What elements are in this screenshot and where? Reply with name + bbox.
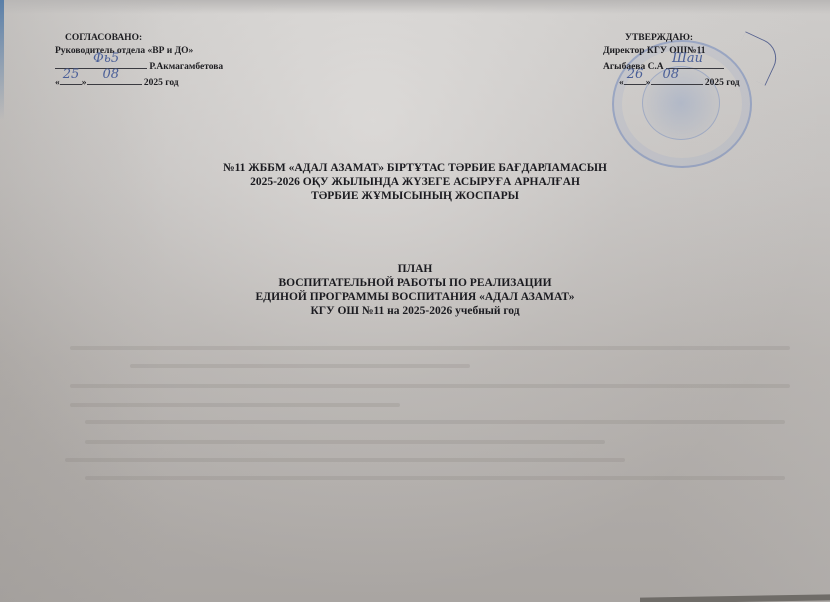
left-edge-strip [0, 0, 4, 120]
approval-right-heading: УТВЕРЖДАЮ: [603, 32, 740, 45]
approval-left-block: СОГЛАСОВАНО: Руководитель отдела «ВР и Д… [55, 32, 223, 90]
date-day-line: 25 [60, 74, 82, 85]
bleed-through-line [85, 420, 785, 424]
approval-left-year: 2025 год [144, 78, 179, 88]
approval-left-date-row: «25»08 2025 год [55, 74, 223, 90]
title-russian-line-1: ПЛАН [0, 262, 830, 276]
title-russian: ПЛАН ВОСПИТАТЕЛЬНОЙ РАБОТЫ ПО РЕАЛИЗАЦИИ… [0, 262, 830, 318]
date-month-line: 08 [87, 74, 142, 85]
title-russian-line-4: КГУ ОШ №11 на 2025-2026 учебный год [0, 304, 830, 318]
title-russian-line-3: ЕДИНОЙ ПРОГРАММЫ ВОСПИТАНИЯ «АДАЛ АЗАМАТ… [0, 290, 830, 304]
bleed-through-line [70, 346, 790, 350]
title-kazakh-line-2: 2025-2026 ОҚУ ЖЫЛЫНДА ЖҮЗЕГЕ АСЫРУҒА АРН… [0, 175, 830, 189]
bleed-through-line [65, 458, 625, 462]
date-month-handwritten: 08 [663, 68, 680, 81]
approval-right-year: 2025 год [705, 78, 740, 88]
date-month-line: 08 [651, 74, 703, 85]
top-shadow [0, 0, 830, 14]
title-kazakh-line-1: №11 ЖББМ «АДАЛ АЗАМАТ» БІРТҰТАС ТӘРБИЕ Б… [0, 161, 830, 175]
approval-left-heading: СОГЛАСОВАНО: [55, 32, 223, 45]
bleed-through-line [130, 364, 470, 368]
date-day-line: 26 [624, 74, 646, 85]
approval-right-block: УТВЕРЖДАЮ: Директор КГУ ОШ№11 Агыбаева С… [603, 32, 740, 90]
bleed-through-line [70, 384, 790, 388]
title-kazakh: №11 ЖББМ «АДАЛ АЗАМАТ» БІРТҰТАС ТӘРБИЕ Б… [0, 161, 830, 203]
date-month-handwritten: 08 [103, 68, 120, 81]
handwritten-signature: Фь5 [93, 52, 119, 65]
approval-left-name: Р.Акмагамбетова [149, 62, 223, 72]
bleed-through-line [85, 476, 785, 480]
title-russian-line-2: ВОСПИТАТЕЛЬНОЙ РАБОТЫ ПО РЕАЛИЗАЦИИ [0, 276, 830, 290]
bleed-through-line [85, 440, 605, 444]
date-day-handwritten: 26 [627, 68, 644, 81]
date-day-handwritten: 25 [63, 68, 80, 81]
approval-right-date-row: «26»08 2025 год [603, 74, 740, 90]
title-kazakh-line-3: ТӘРБИЕ ЖҰМЫСЫНЫҢ ЖОСПАРЫ [0, 189, 830, 203]
approval-left-signature-row: Фь5 Р.Акмагамбетова [55, 58, 223, 74]
approval-left-position: Руководитель отдела «ВР и ДО» [55, 45, 223, 58]
handwritten-signature: Шай [672, 52, 703, 65]
bleed-through-line [70, 403, 400, 407]
